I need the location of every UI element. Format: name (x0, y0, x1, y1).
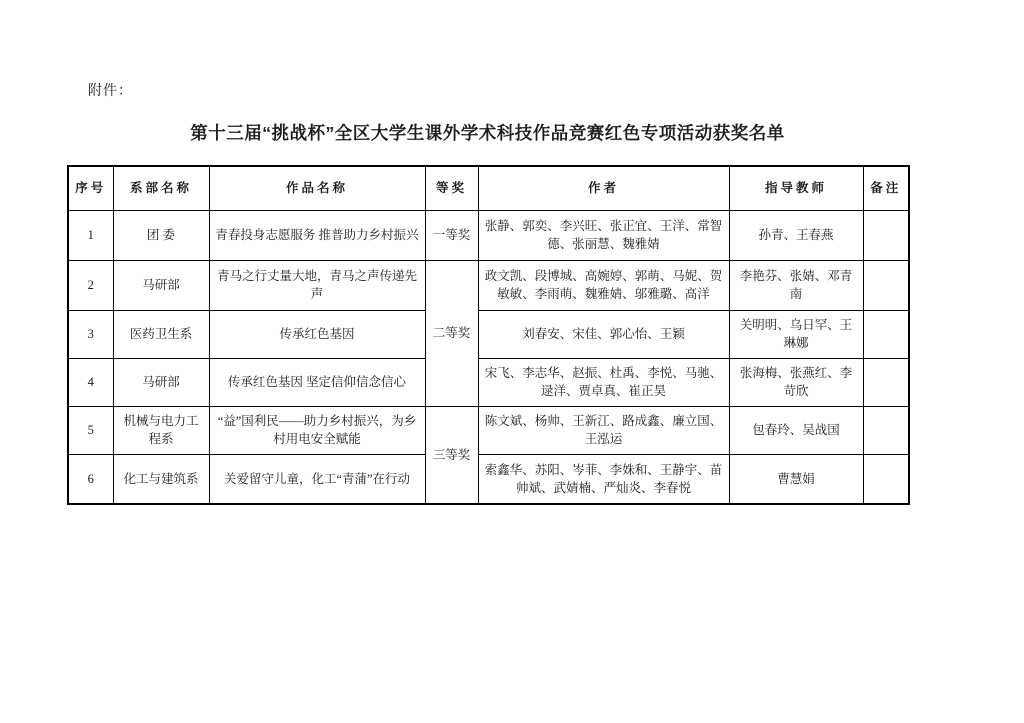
cell-advisors: 张海梅、张燕红、李苛欣 (729, 358, 863, 406)
cell-work: “益”国利民——助力乡村振兴，为乡村用电安全赋能 (209, 406, 425, 454)
cell-advisors: 曹慧娟 (729, 454, 863, 504)
table-row: 4 马研部 传承红色基因 坚定信仰信念信心 宋飞、李志华、赵振、杜禹、李悦、马驰… (68, 358, 909, 406)
column-header-seq: 序号 (68, 166, 113, 210)
cell-department: 化工与建筑系 (113, 454, 209, 504)
cell-department: 团 委 (113, 210, 209, 260)
cell-remark (863, 454, 909, 504)
table-row: 6 化工与建筑系 关爱留守儿童，化工“青蒲”在行动 索鑫华、苏阳、岑菲、李姝和、… (68, 454, 909, 504)
cell-seq: 6 (68, 454, 113, 504)
cell-work: 关爱留守儿童，化工“青蒲”在行动 (209, 454, 425, 504)
column-header-remark: 备注 (863, 166, 909, 210)
cell-department: 机械与电力工程系 (113, 406, 209, 454)
cell-seq: 2 (68, 260, 113, 310)
column-header-authors: 作者 (478, 166, 729, 210)
cell-remark (863, 310, 909, 358)
document-page: 附件： 第十三届“挑战杯”全区大学生课外学术科技作品竞赛红色专项活动获奖名单 序… (0, 0, 1024, 723)
cell-authors: 陈文斌、杨帅、王新江、路成鑫、廉立国、王泓运 (478, 406, 729, 454)
cell-seq: 5 (68, 406, 113, 454)
column-header-work: 作品名称 (209, 166, 425, 210)
cell-award-third: 三等奖 (425, 406, 478, 504)
cell-work: 青春投身志愿服务 推普助力乡村振兴 (209, 210, 425, 260)
cell-award-second: 二等奖 (425, 260, 478, 406)
cell-remark (863, 406, 909, 454)
awards-table: 序号 系部名称 作品名称 等奖 作者 指导教师 备注 1 团 委 青春投身志愿服… (67, 165, 910, 505)
cell-advisors: 李艳芬、张婧、邓青南 (729, 260, 863, 310)
cell-authors: 张静、郭奕、李兴旺、张正宜、王洋、常智德、张丽慧、魏雅婧 (478, 210, 729, 260)
page-title: 第十三届“挑战杯”全区大学生课外学术科技作品竞赛红色专项活动获奖名单 (67, 120, 908, 145)
cell-authors: 政文凯、段博城、高婉婷、郭萌、马妮、贺敏敏、李雨萌、魏雅婧、邬雅璐、高洋 (478, 260, 729, 310)
cell-authors: 刘春安、宋佳、郭心怡、王颖 (478, 310, 729, 358)
table-row: 3 医药卫生系 传承红色基因 刘春安、宋佳、郭心怡、王颖 关明明、乌日罕、王琳娜 (68, 310, 909, 358)
cell-seq: 3 (68, 310, 113, 358)
table-row: 5 机械与电力工程系 “益”国利民——助力乡村振兴，为乡村用电安全赋能 三等奖 … (68, 406, 909, 454)
cell-advisors: 关明明、乌日罕、王琳娜 (729, 310, 863, 358)
cell-remark (863, 210, 909, 260)
cell-award-first: 一等奖 (425, 210, 478, 260)
cell-department: 马研部 (113, 260, 209, 310)
cell-work: 传承红色基因 (209, 310, 425, 358)
cell-authors: 宋飞、李志华、赵振、杜禹、李悦、马驰、逯洋、贾卓真、崔正昊 (478, 358, 729, 406)
table-row: 1 团 委 青春投身志愿服务 推普助力乡村振兴 一等奖 张静、郭奕、李兴旺、张正… (68, 210, 909, 260)
column-header-award: 等奖 (425, 166, 478, 210)
column-header-department: 系部名称 (113, 166, 209, 210)
cell-department: 医药卫生系 (113, 310, 209, 358)
cell-seq: 4 (68, 358, 113, 406)
cell-department: 马研部 (113, 358, 209, 406)
cell-advisors: 包春玲、吴战国 (729, 406, 863, 454)
column-header-advisors: 指导教师 (729, 166, 863, 210)
attachment-label: 附件： (88, 80, 133, 100)
table-row: 2 马研部 青马之行丈量大地，青马之声传递先声 二等奖 政文凯、段博城、高婉婷、… (68, 260, 909, 310)
cell-authors: 索鑫华、苏阳、岑菲、李姝和、王静宇、苗帅斌、武婧楠、严灿炎、李春悦 (478, 454, 729, 504)
cell-seq: 1 (68, 210, 113, 260)
cell-work: 青马之行丈量大地，青马之声传递先声 (209, 260, 425, 310)
cell-advisors: 孙青、王春燕 (729, 210, 863, 260)
cell-work: 传承红色基因 坚定信仰信念信心 (209, 358, 425, 406)
cell-remark (863, 260, 909, 310)
header-row: 序号 系部名称 作品名称 等奖 作者 指导教师 备注 (68, 166, 909, 210)
cell-remark (863, 358, 909, 406)
